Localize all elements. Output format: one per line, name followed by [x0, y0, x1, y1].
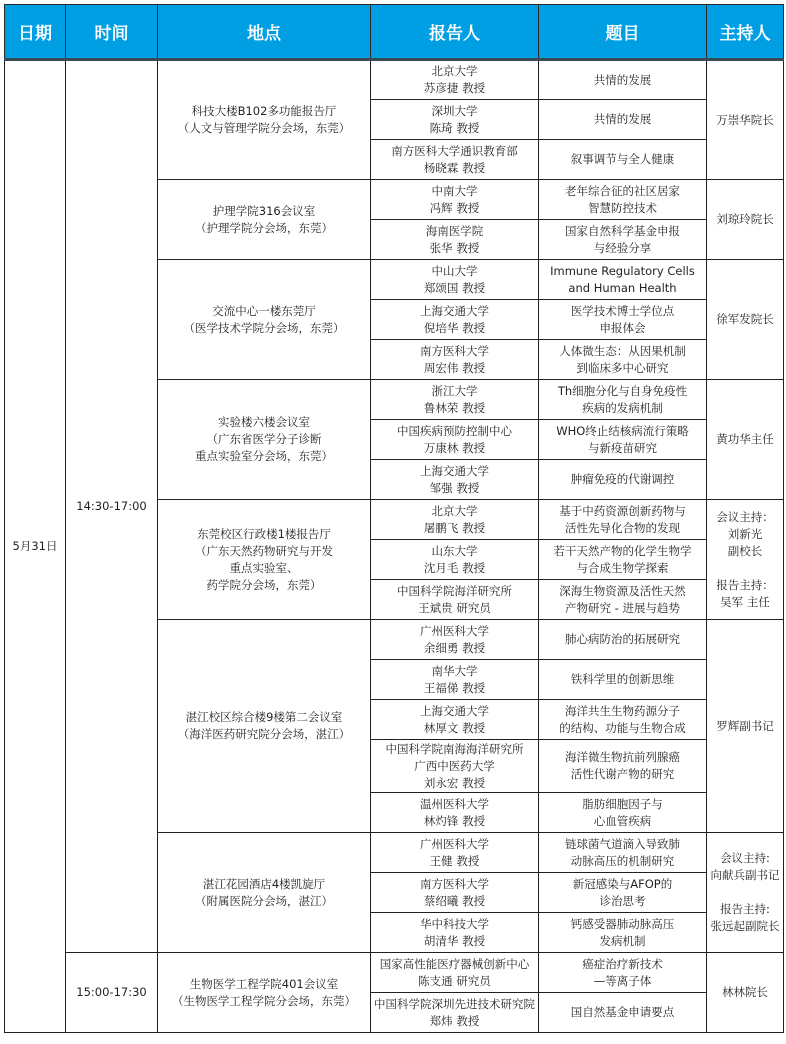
speaker-cell: 国家高性能医疗器械创新中心陈支通 研究员: [371, 953, 539, 993]
speaker-line: 万康林 教授: [373, 440, 536, 457]
topic-line: WHO终止结核病流行策略: [541, 423, 704, 440]
host-line: 徐军发院长: [709, 311, 781, 328]
speaker-cell: 深圳大学陈琦 教授: [371, 100, 539, 140]
talk-row: 15:00-17:30生物医学工程学院401会议室（生物医学工程学院分会场，东莞…: [5, 953, 784, 993]
topic-line: —等离子体: [541, 973, 704, 990]
speaker-cell: 山东大学沈月毛 教授: [371, 540, 539, 580]
header-host: 主持人: [707, 5, 784, 60]
host-cell: 会议主持:向献兵副书记 报告主持:张远起副院长: [707, 833, 784, 953]
schedule-body: 5月31日14:30-17:00科技大楼B102多功能报告厅（人文与管理学院分会…: [5, 60, 784, 1033]
venue-cell: 湛江花园酒店4楼凯旋厅（附属医院分会场，湛江）: [158, 833, 371, 953]
speaker-line: 蔡绍曦 教授: [373, 893, 536, 910]
topic-line: 诊治思考: [541, 893, 704, 910]
topic-cell: 共情的发展: [539, 100, 707, 140]
topic-cell: 基于中药资源创新药物与活性先导化合物的发现: [539, 500, 707, 540]
venue-line: （广东天然药物研究与开发: [160, 543, 368, 560]
speaker-line: 郑颂国 教授: [373, 280, 536, 297]
topic-line: 基于中药资源创新药物与: [541, 503, 704, 520]
speaker-cell: 中国科学院海洋研究所王斌贵 研究员: [371, 580, 539, 620]
venue-line: 重点实验室分会场，东莞）: [160, 448, 368, 465]
speaker-line: 山东大学: [373, 543, 536, 560]
topic-cell: Th细胞分化与自身免疫性疾病的发病机制: [539, 380, 707, 420]
venue-line: 重点实验室、: [160, 560, 368, 577]
date-cell: 5月31日: [5, 60, 66, 1033]
speaker-line: 刘永宏 教授: [373, 775, 536, 792]
talk-row: 5月31日14:30-17:00科技大楼B102多功能报告厅（人文与管理学院分会…: [5, 60, 784, 100]
topic-line: 动脉高压的机制研究: [541, 853, 704, 870]
topic-cell: 深海生物资源及活性天然产物研究 - 进展与趋势: [539, 580, 707, 620]
host-line: 会议主持：: [709, 509, 781, 526]
speaker-cell: 中国科学院南海海洋研究所广西中医药大学刘永宏 教授: [371, 740, 539, 793]
speaker-cell: 南华大学王福俤 教授: [371, 660, 539, 700]
speaker-line: 浙江大学: [373, 383, 536, 400]
topic-line: 与新疫苗研究: [541, 440, 704, 457]
speaker-line: 余细勇 教授: [373, 640, 536, 657]
topic-line: 活性代谢产物的研究: [541, 766, 704, 783]
time-slot-cell: 15:00-17:30: [66, 953, 158, 1033]
speaker-line: 陈支通 研究员: [373, 973, 536, 990]
topic-line: 国自然基金申请要点: [541, 1004, 704, 1021]
topic-cell: 肿瘤免疫的代谢调控: [539, 460, 707, 500]
speaker-line: 冯辉 教授: [373, 200, 536, 217]
venue-line: 湛江校区综合楼9楼第二会议室: [160, 709, 368, 726]
venue-line: （海洋医药研究院分会场，湛江）: [160, 726, 368, 743]
venue-line: 实验楼六楼会议室: [160, 414, 368, 431]
venue-line: （附属医院分会场，湛江）: [160, 893, 368, 910]
speaker-line: 中南大学: [373, 183, 536, 200]
venue-line: （医学技术学院分会场，东莞）: [160, 320, 368, 337]
speaker-line: 王福俤 教授: [373, 680, 536, 697]
venue-line: （人文与管理学院分会场，东莞）: [160, 120, 368, 137]
schedule-table: 日期 时间 地点 报告人 题目 主持人 5月31日14:30-17:00科技大楼…: [4, 4, 784, 1033]
speaker-line: 邹强 教授: [373, 480, 536, 497]
topic-line: 疾病的发病机制: [541, 400, 704, 417]
speaker-line: 广州医科大学: [373, 623, 536, 640]
topic-line: 与经验分享: [541, 240, 704, 257]
header-time: 时间: [66, 5, 158, 60]
speaker-line: 上海交通大学: [373, 303, 536, 320]
speaker-line: 广州医科大学: [373, 836, 536, 853]
header-topic: 题目: [539, 5, 707, 60]
speaker-cell: 浙江大学鲁林荣 教授: [371, 380, 539, 420]
topic-line: 铁科学里的创新思维: [541, 671, 704, 688]
speaker-line: 南方医科大学: [373, 343, 536, 360]
topic-line: Th细胞分化与自身免疫性: [541, 383, 704, 400]
topic-line: Immune Regulatory Cells: [541, 263, 704, 280]
topic-line: 发病机制: [541, 933, 704, 950]
topic-cell: 铁科学里的创新思维: [539, 660, 707, 700]
host-line: 罗辉副书记: [709, 718, 781, 735]
topic-cell: 若干天然产物的化学生物学与合成生物学探索: [539, 540, 707, 580]
speaker-line: 海南医学院: [373, 223, 536, 240]
topic-cell: 钙感受器肺动脉高压发病机制: [539, 913, 707, 953]
venue-line: （护理学院分会场，东莞）: [160, 220, 368, 237]
speaker-line: 王健 教授: [373, 853, 536, 870]
speaker-cell: 中山大学郑颂国 教授: [371, 260, 539, 300]
host-line: 向献兵副书记: [709, 867, 781, 884]
topic-line: 海洋共生生物药源分子: [541, 703, 704, 720]
speaker-line: 林灼锋 教授: [373, 813, 536, 830]
header-row: 日期 时间 地点 报告人 题目 主持人: [5, 5, 784, 60]
speaker-line: 沈月毛 教授: [373, 560, 536, 577]
speaker-line: 苏彦捷 教授: [373, 80, 536, 97]
speaker-cell: 温州医科大学林灼锋 教授: [371, 793, 539, 833]
host-line: 万崇华院长: [709, 112, 781, 129]
speaker-line: 杨晓霖 教授: [373, 160, 536, 177]
host-cell: 会议主持：刘新光副校长 报告主持：吴军 主任: [707, 500, 784, 620]
topic-line: 脂肪细胞因子与: [541, 796, 704, 813]
topic-line: and Human Health: [541, 280, 704, 297]
topic-line: 肺心病防治的拓展研究: [541, 631, 704, 648]
topic-line: 共情的发展: [541, 111, 704, 128]
speaker-cell: 南方医科大学通识教育部杨晓霖 教授: [371, 140, 539, 180]
speaker-cell: 北京大学苏彦捷 教授: [371, 60, 539, 100]
speaker-cell: 上海交通大学林厚文 教授: [371, 700, 539, 740]
host-line: 刘新光: [709, 526, 781, 543]
topic-cell: 新冠感染与AFOP的诊治思考: [539, 873, 707, 913]
speaker-line: 南华大学: [373, 663, 536, 680]
venue-line: 科技大楼B102多功能报告厅: [160, 103, 368, 120]
topic-line: 链球菌气道滴入导致肺: [541, 836, 704, 853]
topic-line: 的结构、功能与生物合成: [541, 720, 704, 737]
speaker-line: 中国科学院南海海洋研究所: [373, 741, 536, 758]
speaker-line: 张华 教授: [373, 240, 536, 257]
host-line: 报告主持：: [709, 577, 781, 594]
speaker-line: 南方医科大学: [373, 876, 536, 893]
speaker-line: 温州医科大学: [373, 796, 536, 813]
topic-line: 智慧防控技术: [541, 200, 704, 217]
topic-line: 申报体会: [541, 320, 704, 337]
topic-cell: 海洋共生生物药源分子的结构、功能与生物合成: [539, 700, 707, 740]
speaker-line: 倪培华 教授: [373, 320, 536, 337]
host-cell: 徐军发院长: [707, 260, 784, 380]
header-venue: 地点: [158, 5, 371, 60]
topic-line: 新冠感染与AFOP的: [541, 876, 704, 893]
speaker-cell: 北京大学屠鹏飞 教授: [371, 500, 539, 540]
venue-cell: 生物医学工程学院401会议室（生物医学工程学院分会场，东莞）: [158, 953, 371, 1033]
speaker-line: 广西中医药大学: [373, 758, 536, 775]
topic-line: 人体微生态：从因果机制: [541, 343, 704, 360]
topic-cell: 链球菌气道滴入导致肺动脉高压的机制研究: [539, 833, 707, 873]
venue-line: 湛江花园酒店4楼凯旋厅: [160, 876, 368, 893]
speaker-line: 胡清华 教授: [373, 933, 536, 950]
speaker-line: 中国科学院深圳先进技术研究院: [373, 996, 536, 1013]
speaker-cell: 广州医科大学余细勇 教授: [371, 620, 539, 660]
topic-cell: 癌症治疗新技术—等离子体: [539, 953, 707, 993]
speaker-line: 鲁林荣 教授: [373, 400, 536, 417]
host-line: [709, 560, 781, 577]
speaker-line: 王斌贵 研究员: [373, 600, 536, 617]
venue-cell: 东莞校区行政楼1楼报告厅（广东天然药物研究与开发重点实验室、药学院分会场，东莞）: [158, 500, 371, 620]
speaker-cell: 南方医科大学蔡绍曦 教授: [371, 873, 539, 913]
topic-line: 海洋微生物抗前列腺癌: [541, 749, 704, 766]
speaker-line: 南方医科大学通识教育部: [373, 143, 536, 160]
speaker-line: 上海交通大学: [373, 703, 536, 720]
host-cell: 林林院长: [707, 953, 784, 1033]
speaker-cell: 上海交通大学邹强 教授: [371, 460, 539, 500]
host-line: [709, 884, 781, 901]
topic-cell: 医学技术博士学位点申报体会: [539, 300, 707, 340]
venue-cell: 交流中心一楼东莞厅（医学技术学院分会场，东莞）: [158, 260, 371, 380]
host-line: 报告主持:: [709, 901, 781, 918]
topic-cell: 共情的发展: [539, 60, 707, 100]
topic-cell: 国自然基金申请要点: [539, 993, 707, 1033]
speaker-line: 中山大学: [373, 263, 536, 280]
speaker-cell: 海南医学院张华 教授: [371, 220, 539, 260]
topic-line: 活性先导化合物的发现: [541, 520, 704, 537]
topic-cell: 脂肪细胞因子与心血管疾病: [539, 793, 707, 833]
topic-line: 国家自然科学基金申报: [541, 223, 704, 240]
host-line: 会议主持:: [709, 850, 781, 867]
speaker-line: 郑炜 教授: [373, 1013, 536, 1030]
speaker-line: 中国疾病预防控制中心: [373, 423, 536, 440]
topic-cell: 海洋微生物抗前列腺癌活性代谢产物的研究: [539, 740, 707, 793]
header-speaker: 报告人: [371, 5, 539, 60]
host-line: 张远起副院长: [709, 918, 781, 935]
topic-cell: 人体微生态：从因果机制到临床多中心研究: [539, 340, 707, 380]
topic-line: 医学技术博士学位点: [541, 303, 704, 320]
venue-line: （生物医学工程学院分会场，东莞）: [160, 993, 368, 1010]
venue-line: 生物医学工程学院401会议室: [160, 976, 368, 993]
topic-line: 叙事调节与全人健康: [541, 151, 704, 168]
topic-line: 老年综合征的社区居家: [541, 183, 704, 200]
header-date: 日期: [5, 5, 66, 60]
venue-cell: 实验楼六楼会议室（广东省医学分子诊断重点实验室分会场，东莞）: [158, 380, 371, 500]
speaker-line: 北京大学: [373, 63, 536, 80]
speaker-cell: 中国科学院深圳先进技术研究院郑炜 教授: [371, 993, 539, 1033]
topic-line: 与合成生物学探索: [541, 560, 704, 577]
venue-cell: 科技大楼B102多功能报告厅（人文与管理学院分会场，东莞）: [158, 60, 371, 180]
topic-line: 肿瘤免疫的代谢调控: [541, 471, 704, 488]
host-cell: 万崇华院长: [707, 60, 784, 180]
speaker-line: 上海交通大学: [373, 463, 536, 480]
speaker-cell: 上海交通大学倪培华 教授: [371, 300, 539, 340]
host-cell: 罗辉副书记: [707, 620, 784, 833]
venue-cell: 湛江校区综合楼9楼第二会议室（海洋医药研究院分会场，湛江）: [158, 620, 371, 833]
topic-line: 产物研究 - 进展与趋势: [541, 600, 704, 617]
topic-cell: WHO终止结核病流行策略与新疫苗研究: [539, 420, 707, 460]
speaker-cell: 中国疾病预防控制中心万康林 教授: [371, 420, 539, 460]
topic-line: 心血管疾病: [541, 813, 704, 830]
venue-line: （广东省医学分子诊断: [160, 431, 368, 448]
topic-line: 深海生物资源及活性天然: [541, 583, 704, 600]
speaker-line: 北京大学: [373, 503, 536, 520]
topic-cell: 叙事调节与全人健康: [539, 140, 707, 180]
venue-line: 药学院分会场，东莞）: [160, 577, 368, 594]
topic-line: 钙感受器肺动脉高压: [541, 916, 704, 933]
speaker-line: 屠鹏飞 教授: [373, 520, 536, 537]
topic-line: 癌症治疗新技术: [541, 956, 704, 973]
host-line: 黄功华主任: [709, 431, 781, 448]
host-cell: 刘琼玲院长: [707, 180, 784, 260]
topic-cell: Immune Regulatory Cellsand Human Health: [539, 260, 707, 300]
venue-line: 交流中心一楼东莞厅: [160, 303, 368, 320]
speaker-cell: 中南大学冯辉 教授: [371, 180, 539, 220]
speaker-line: 林厚文 教授: [373, 720, 536, 737]
host-line: 林林院长: [709, 984, 781, 1001]
venue-cell: 护理学院316会议室（护理学院分会场，东莞）: [158, 180, 371, 260]
host-line: 刘琼玲院长: [709, 211, 781, 228]
topic-cell: 老年综合征的社区居家智慧防控技术: [539, 180, 707, 220]
speaker-line: 国家高性能医疗器械创新中心: [373, 956, 536, 973]
host-line: 吴军 主任: [709, 594, 781, 611]
time-slot-cell: 14:30-17:00: [66, 60, 158, 953]
speaker-cell: 广州医科大学王健 教授: [371, 833, 539, 873]
topic-line: 共情的发展: [541, 72, 704, 89]
speaker-line: 中国科学院海洋研究所: [373, 583, 536, 600]
topic-line: 到临床多中心研究: [541, 360, 704, 377]
speaker-line: 华中科技大学: [373, 916, 536, 933]
venue-line: 护理学院316会议室: [160, 203, 368, 220]
host-line: 副校长: [709, 543, 781, 560]
topic-cell: 国家自然科学基金申报与经验分享: [539, 220, 707, 260]
host-cell: 黄功华主任: [707, 380, 784, 500]
speaker-cell: 华中科技大学胡清华 教授: [371, 913, 539, 953]
venue-line: 东莞校区行政楼1楼报告厅: [160, 526, 368, 543]
speaker-line: 周宏伟 教授: [373, 360, 536, 377]
topic-cell: 肺心病防治的拓展研究: [539, 620, 707, 660]
speaker-line: 陈琦 教授: [373, 120, 536, 137]
speaker-cell: 南方医科大学周宏伟 教授: [371, 340, 539, 380]
speaker-line: 深圳大学: [373, 103, 536, 120]
topic-line: 若干天然产物的化学生物学: [541, 543, 704, 560]
